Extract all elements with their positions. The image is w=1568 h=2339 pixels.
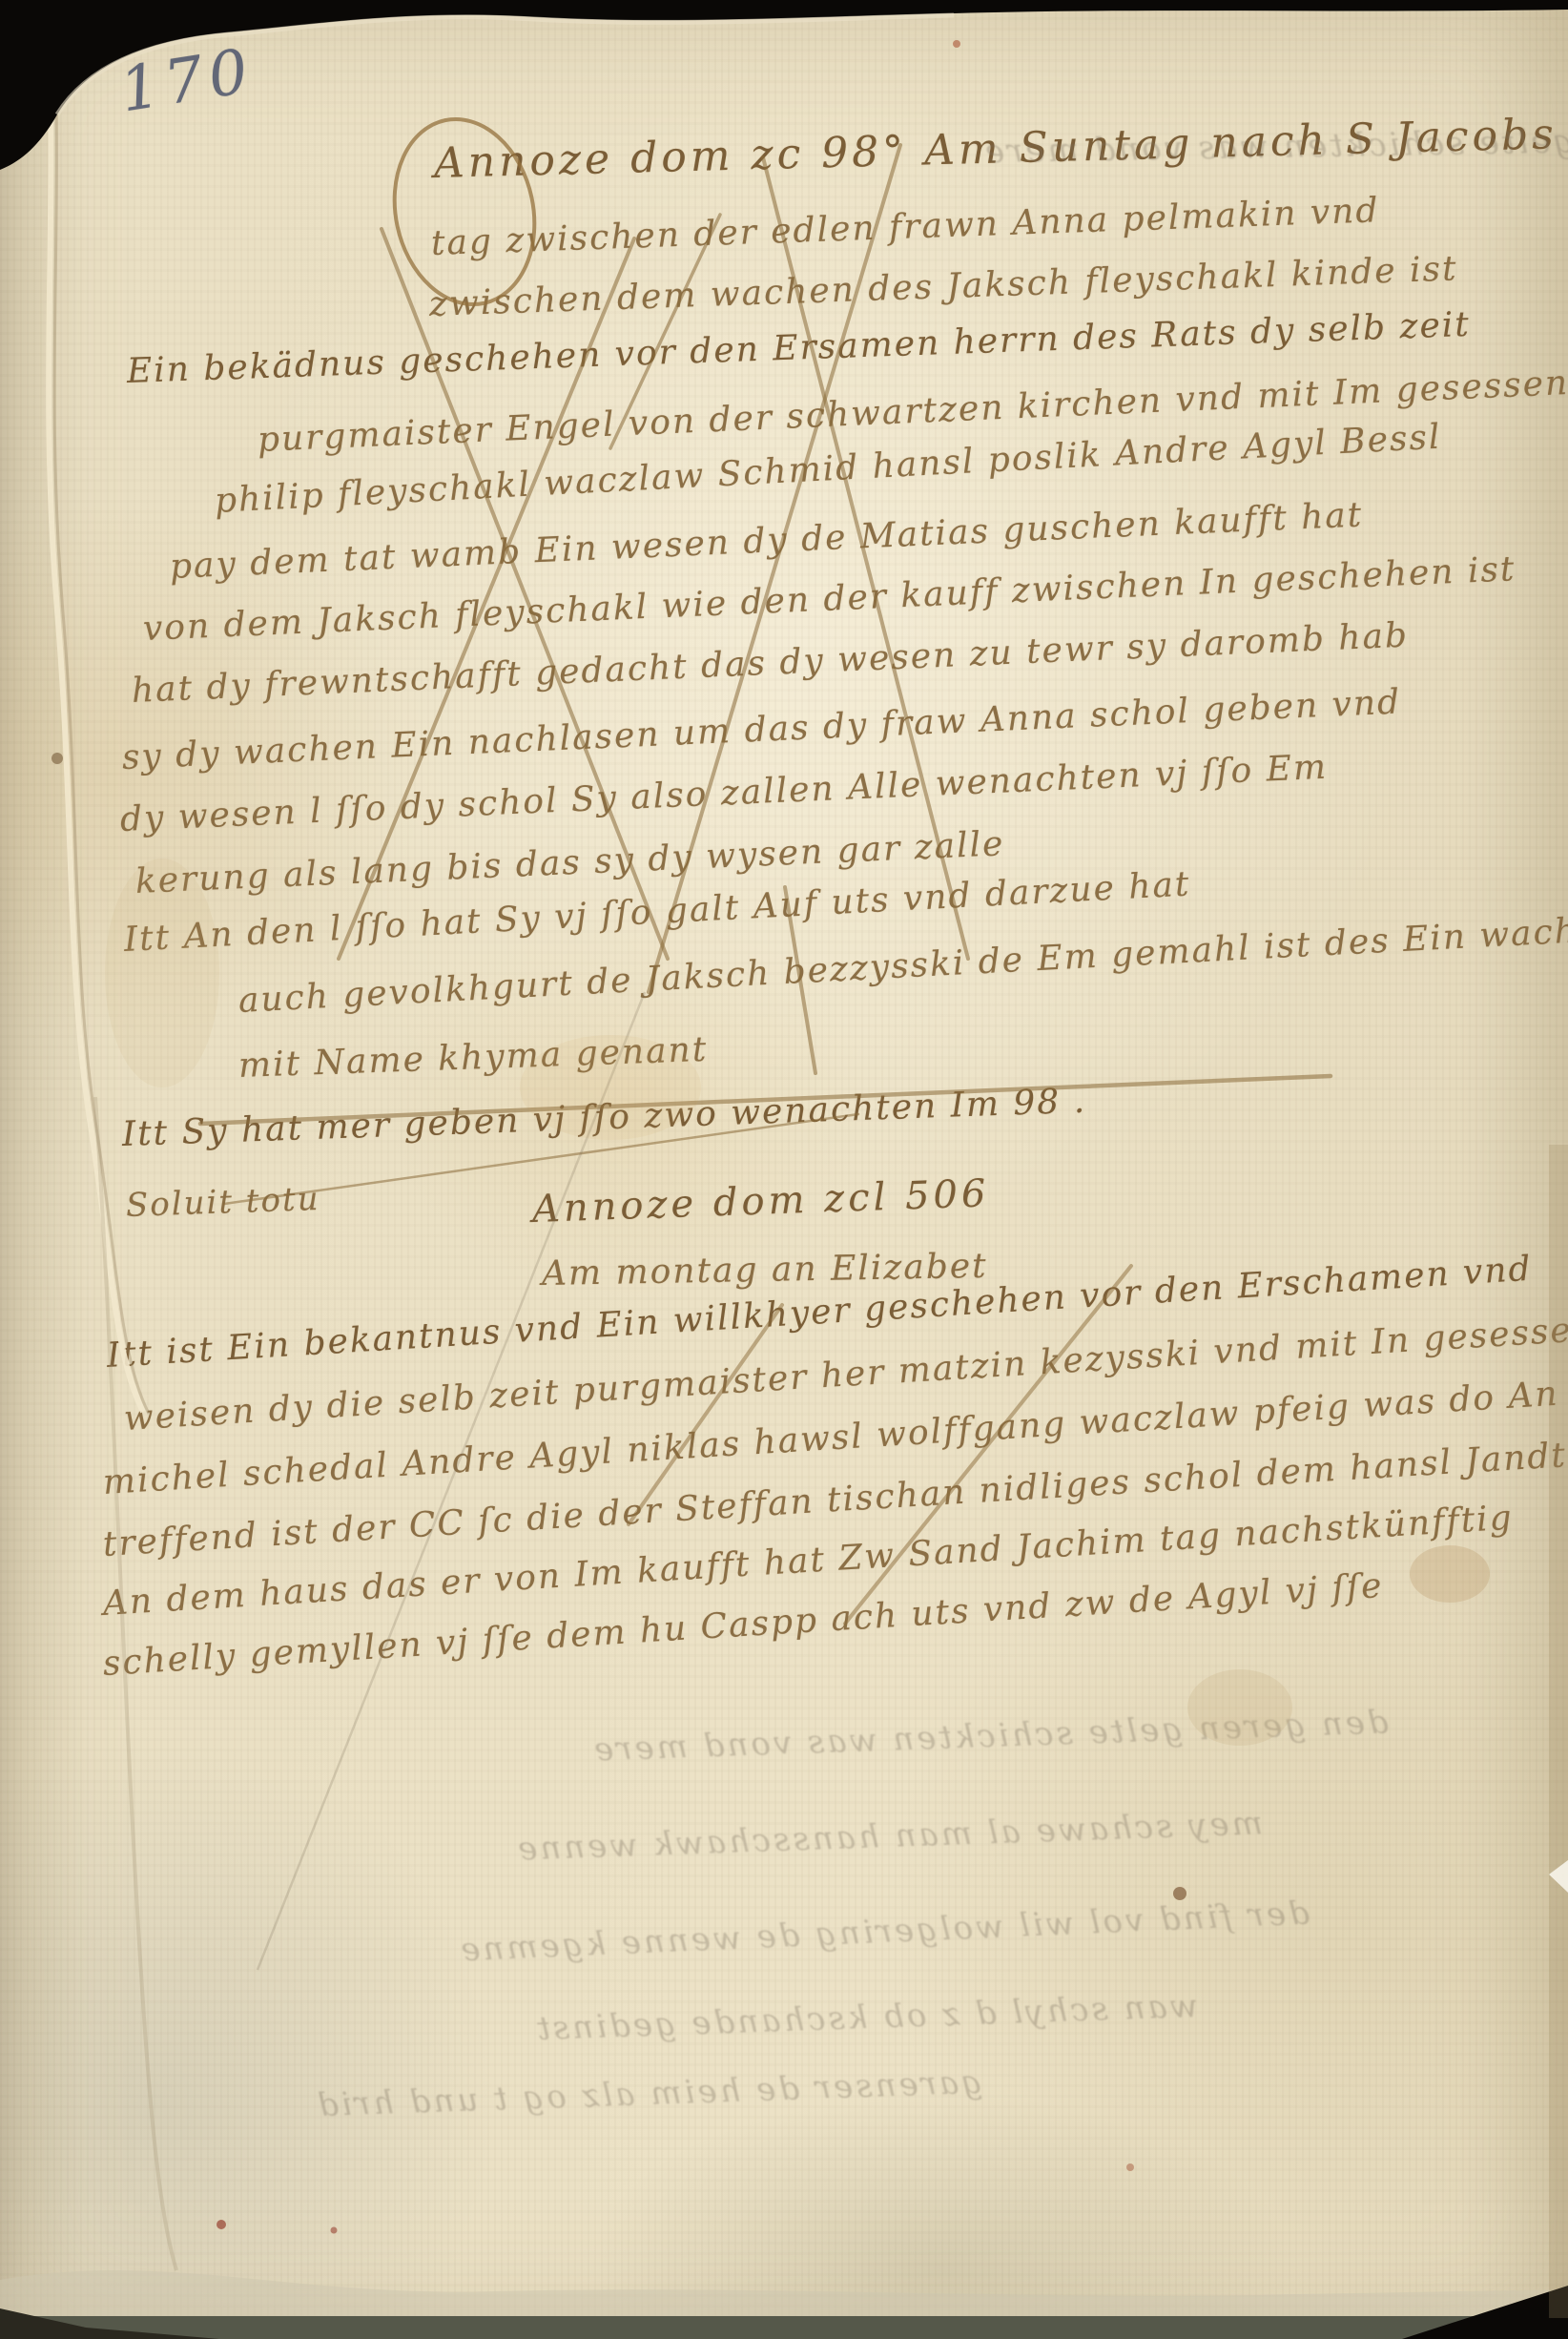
stains	[52, 40, 1490, 2234]
manuscript-scan: 170 Annoze dom zc 98° Am Suntag nach S J…	[0, 0, 1568, 2339]
right-edge-shading	[1549, 1145, 1568, 2318]
top-scan-edge	[0, 0, 1568, 170]
faint-scratch-line	[258, 992, 645, 1970]
page-artifacts-overlay	[0, 0, 1568, 2339]
cancellation-strokes	[200, 145, 1331, 1204]
cancellation-strokes-2	[629, 1266, 1131, 1624]
table-edge-strip	[0, 2316, 1568, 2339]
left-deckle-edge	[49, 57, 176, 2270]
bottom-page-edge	[0, 2270, 1568, 2320]
